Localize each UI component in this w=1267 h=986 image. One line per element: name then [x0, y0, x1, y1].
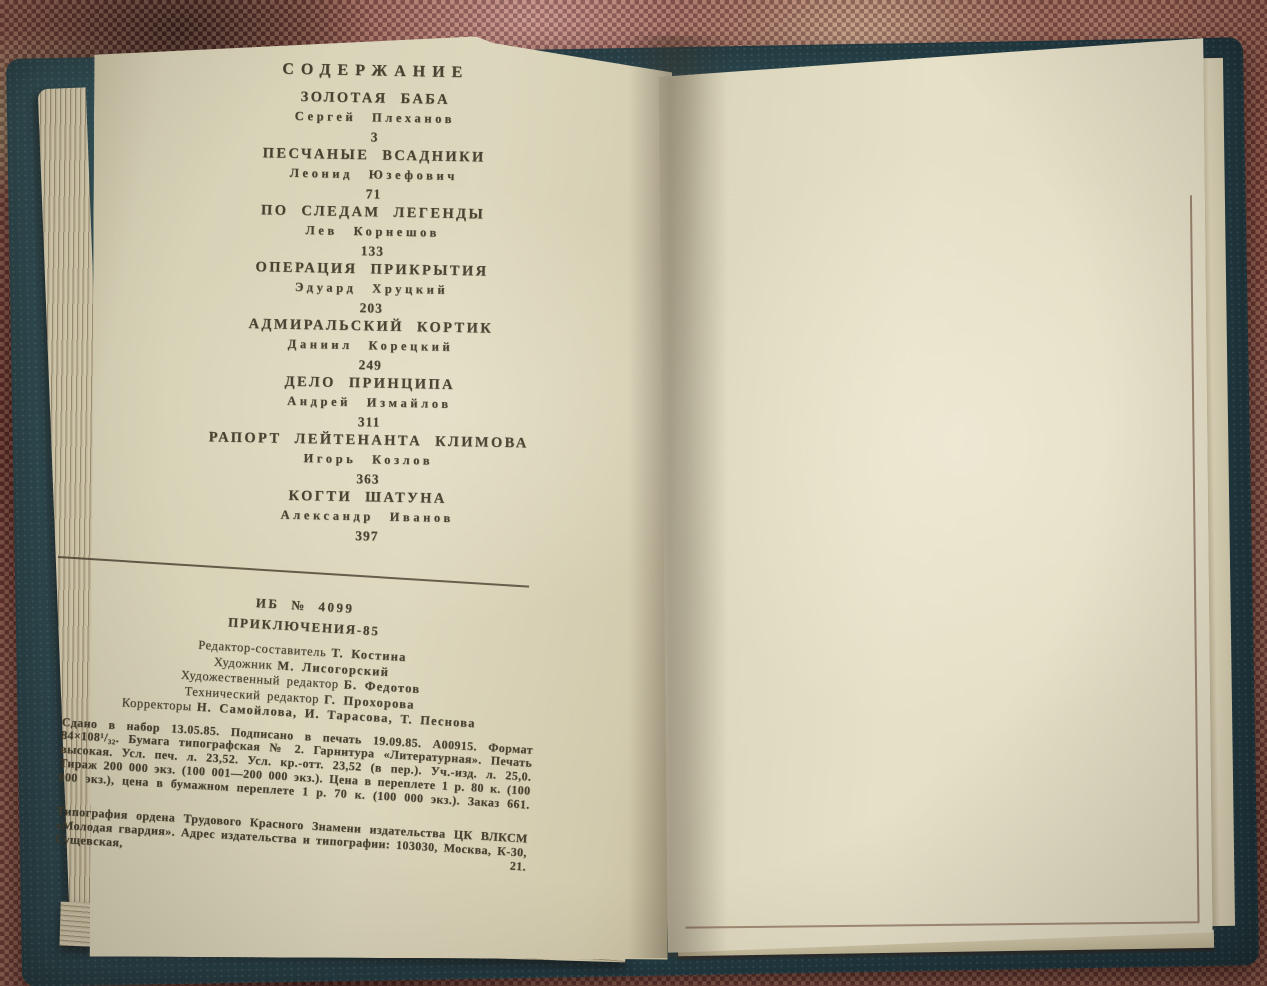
table-of-contents: СОДЕРЖАНИЕ ЗОЛОТАЯ БАБА Сергей Плеханов …: [136, 58, 607, 550]
toc-entry: ОПЕРАЦИЯ ПРИКРЫТИЯ Эдуард Хруцкий 203: [140, 256, 603, 322]
right-page-blank: [658, 25, 1213, 953]
toc-entry: КОГТИ ШАТУНА Александр Иванов 397: [136, 484, 599, 550]
toc-entry: АДМИРАЛЬСКИЙ КОРТИК Даниил Корецкий 249: [139, 313, 602, 379]
credit-role: Художник: [214, 654, 273, 671]
endpaper-border-line-vertical: [1190, 195, 1200, 921]
toc-entry: РАПОРТ ЛЕЙТЕНАНТА КЛИМОВА Игорь Козлов 3…: [137, 427, 600, 493]
toc-entry: ПЕСЧАНЫЕ ВСАДНИКИ Леонид Юзефович 71: [142, 142, 605, 208]
endpaper-border-line-horizontal: [686, 921, 1200, 928]
toc-entry: ЗОЛОТАЯ БАБА Сергей Плеханов 3: [143, 85, 606, 151]
credit-role: Корректоры: [121, 695, 192, 713]
toc-entry: ДЕЛО ПРИНЦИПА Андрей Измайлов 311: [138, 370, 601, 436]
photo-open-book: СОДЕРЖАНИЕ ЗОЛОТАЯ БАБА Сергей Плеханов …: [0, 0, 1267, 986]
toc-entry: ПО СЛЕДАМ ЛЕГЕНДЫ Лев Корнешов 133: [141, 199, 604, 265]
colophon-block: ИБ № 4099 ПРИКЛЮЧЕНИЯ-85 Редактор-состав…: [54, 584, 542, 888]
